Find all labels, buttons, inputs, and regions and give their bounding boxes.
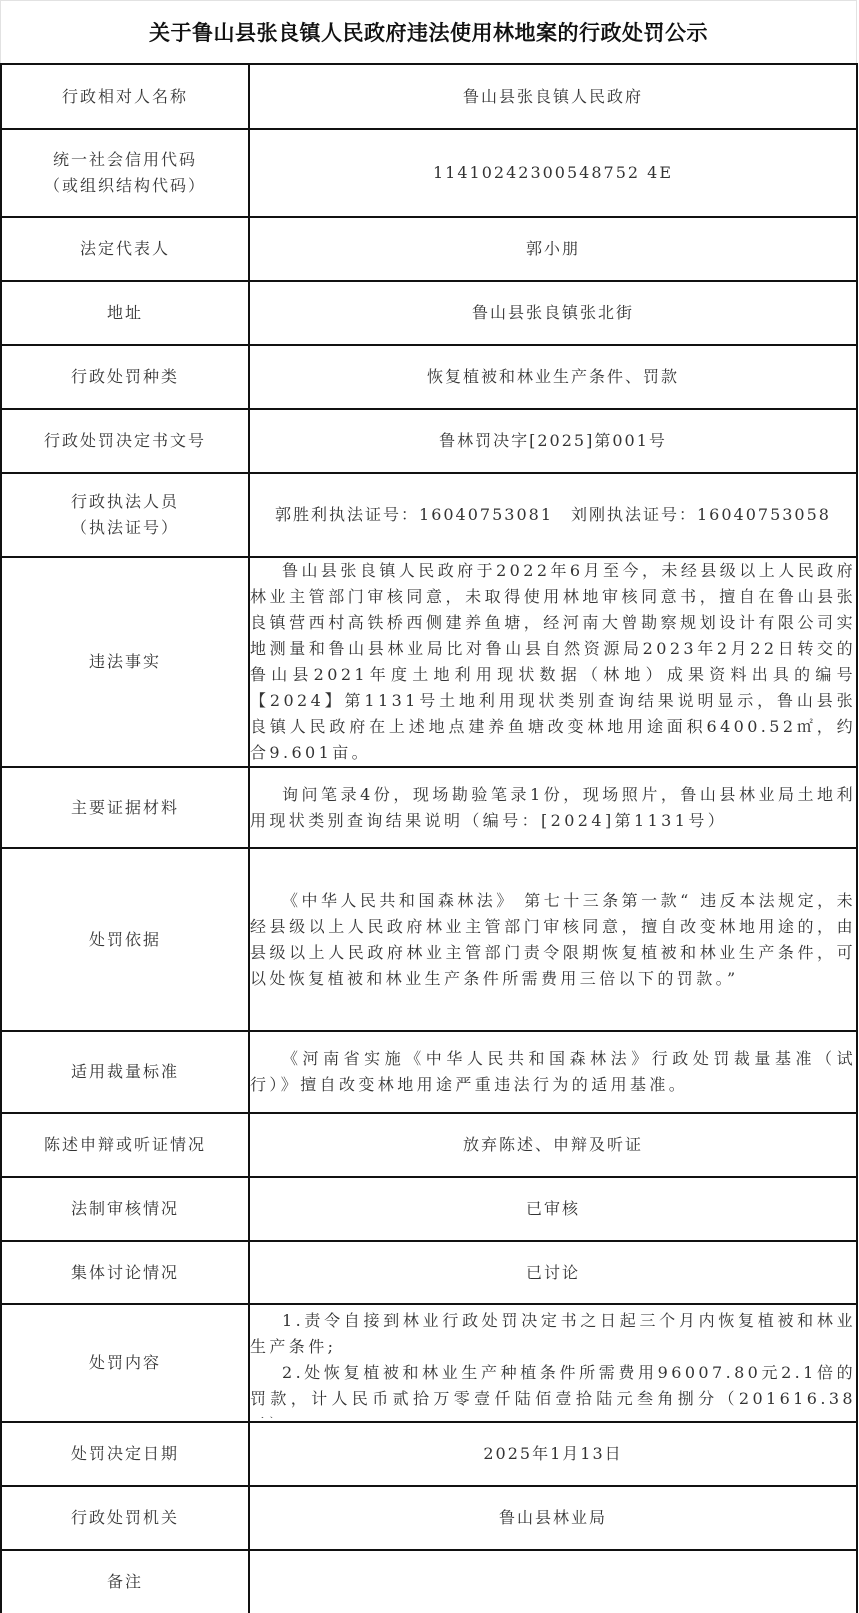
- row-value: 1.责令自接到林业行政处罚决定书之日起三个月内恢复植被和林业生产条件; 2.处恢…: [249, 1304, 857, 1422]
- row-label: 地址: [1, 281, 249, 345]
- paragraph: 2.处恢复植被和林业生产种植条件所需费用96007.80元2.1倍的罚款，计人民…: [250, 1360, 856, 1418]
- penalty-content-clip: 1.责令自接到林业行政处罚决定书之日起三个月内恢复植被和林业生产条件; 2.处恢…: [250, 1308, 856, 1418]
- table-row: 处罚依据 《中华人民共和国森林法》 第七十三条第一款“ 违反本法规定，未经县级以…: [1, 848, 857, 1031]
- table-row: 集体讨论情况 已讨论: [1, 1241, 857, 1304]
- row-label: 法制审核情况: [1, 1177, 249, 1241]
- table-row: 行政处罚种类 恢复植被和林业生产条件、罚款: [1, 345, 857, 409]
- row-label: 处罚决定日期: [1, 1422, 249, 1486]
- row-label: 处罚依据: [1, 848, 249, 1031]
- row-value: 鲁山县张良镇人民政府: [249, 64, 857, 129]
- row-label: 处罚内容: [1, 1304, 249, 1422]
- paragraph: 《中华人民共和国森林法》 第七十三条第一款“ 违反本法规定，未经县级以上人民政府…: [250, 888, 856, 992]
- row-value: 放弃陈述、申辩及听证: [249, 1113, 857, 1177]
- row-label: 行政处罚决定书文号: [1, 409, 249, 473]
- row-label: 备注: [1, 1550, 249, 1613]
- row-value: 鲁山县张良镇人民政府于2022年6月至今，未经县级以上人民政府林业主管部门审核同…: [249, 557, 857, 767]
- row-label: 集体讨论情况: [1, 1241, 249, 1304]
- table-row: 主要证据材料 询问笔录4份，现场勘验笔录1份，现场照片，鲁山县林业局土地利用现状…: [1, 767, 857, 848]
- row-value: 已审核: [249, 1177, 857, 1241]
- paragraph: 《河南省实施《中华人民共和国森林法》行政处罚裁量基准（试行）》擅自改变林地用途严…: [250, 1046, 856, 1098]
- label-line: 统一社会信用代码: [2, 147, 248, 173]
- table-row: 适用裁量标准 《河南省实施《中华人民共和国森林法》行政处罚裁量基准（试行）》擅自…: [1, 1031, 857, 1113]
- table-row: 行政执法人员 （执法证号） 郭胜利执法证号：16040753081 刘刚执法证号…: [1, 473, 857, 557]
- row-label: 统一社会信用代码 （或组织结构代码）: [1, 129, 249, 217]
- row-value: 郭小朋: [249, 217, 857, 281]
- table-row: 行政处罚机关 鲁山县林业局: [1, 1486, 857, 1550]
- row-label: 主要证据材料: [1, 767, 249, 848]
- row-value: 已讨论: [249, 1241, 857, 1304]
- table-row: 处罚内容 1.责令自接到林业行政处罚决定书之日起三个月内恢复植被和林业生产条件;…: [1, 1304, 857, 1422]
- row-label: 行政执法人员 （执法证号）: [1, 473, 249, 557]
- label-line: （或组织结构代码）: [2, 173, 248, 199]
- document-title: 关于鲁山县张良镇人民政府违法使用林地案的行政处罚公示: [149, 17, 708, 47]
- paragraph: 询问笔录4份，现场勘验笔录1份，现场照片，鲁山县林业局土地利用现状类别查询结果说…: [250, 782, 856, 834]
- row-value: [249, 1550, 857, 1613]
- row-label: 行政相对人名称: [1, 64, 249, 129]
- table-row: 法定代表人 郭小朋: [1, 217, 857, 281]
- row-label: 陈述申辩或听证情况: [1, 1113, 249, 1177]
- table-row: 统一社会信用代码 （或组织结构代码） 11410242300548752 4E: [1, 129, 857, 217]
- table-row: 备注: [1, 1550, 857, 1613]
- paragraph: 1.责令自接到林业行政处罚决定书之日起三个月内恢复植被和林业生产条件;: [250, 1308, 856, 1360]
- row-label: 适用裁量标准: [1, 1031, 249, 1113]
- row-label: 违法事实: [1, 557, 249, 767]
- table-row: 处罚决定日期 2025年1月13日: [1, 1422, 857, 1486]
- row-value: 《河南省实施《中华人民共和国森林法》行政处罚裁量基准（试行）》擅自改变林地用途严…: [249, 1031, 857, 1113]
- row-value: 恢复植被和林业生产条件、罚款: [249, 345, 857, 409]
- row-value: 《中华人民共和国森林法》 第七十三条第一款“ 违反本法规定，未经县级以上人民政府…: [249, 848, 857, 1031]
- row-value: 鲁山县张良镇张北街: [249, 281, 857, 345]
- table-row: 违法事实 鲁山县张良镇人民政府于2022年6月至今，未经县级以上人民政府林业主管…: [1, 557, 857, 767]
- penalty-info-table: 行政相对人名称 鲁山县张良镇人民政府 统一社会信用代码 （或组织结构代码） 11…: [0, 63, 858, 1613]
- table-row: 行政相对人名称 鲁山县张良镇人民政府: [1, 64, 857, 129]
- row-value: 2025年1月13日: [249, 1422, 857, 1486]
- document-title-bar: 关于鲁山县张良镇人民政府违法使用林地案的行政处罚公示: [0, 0, 857, 63]
- row-value: 鲁林罚决字[2025]第001号: [249, 409, 857, 473]
- row-value: 郭胜利执法证号：16040753081 刘刚执法证号：16040753058: [249, 473, 857, 557]
- row-label: 行政处罚机关: [1, 1486, 249, 1550]
- label-line: 行政执法人员: [2, 489, 248, 515]
- row-label: 行政处罚种类: [1, 345, 249, 409]
- label-line: （执法证号）: [2, 515, 248, 541]
- credit-code-value: 11410242300548752 4E: [249, 129, 857, 217]
- row-label: 法定代表人: [1, 217, 249, 281]
- table-row: 法制审核情况 已审核: [1, 1177, 857, 1241]
- paragraph: 鲁山县张良镇人民政府于2022年6月至今，未经县级以上人民政府林业主管部门审核同…: [250, 558, 856, 766]
- row-value: 询问笔录4份，现场勘验笔录1份，现场照片，鲁山县林业局土地利用现状类别查询结果说…: [249, 767, 857, 848]
- table-row: 行政处罚决定书文号 鲁林罚决字[2025]第001号: [1, 409, 857, 473]
- table-row: 地址 鲁山县张良镇张北街: [1, 281, 857, 345]
- row-value: 鲁山县林业局: [249, 1486, 857, 1550]
- table-row: 陈述申辩或听证情况 放弃陈述、申辩及听证: [1, 1113, 857, 1177]
